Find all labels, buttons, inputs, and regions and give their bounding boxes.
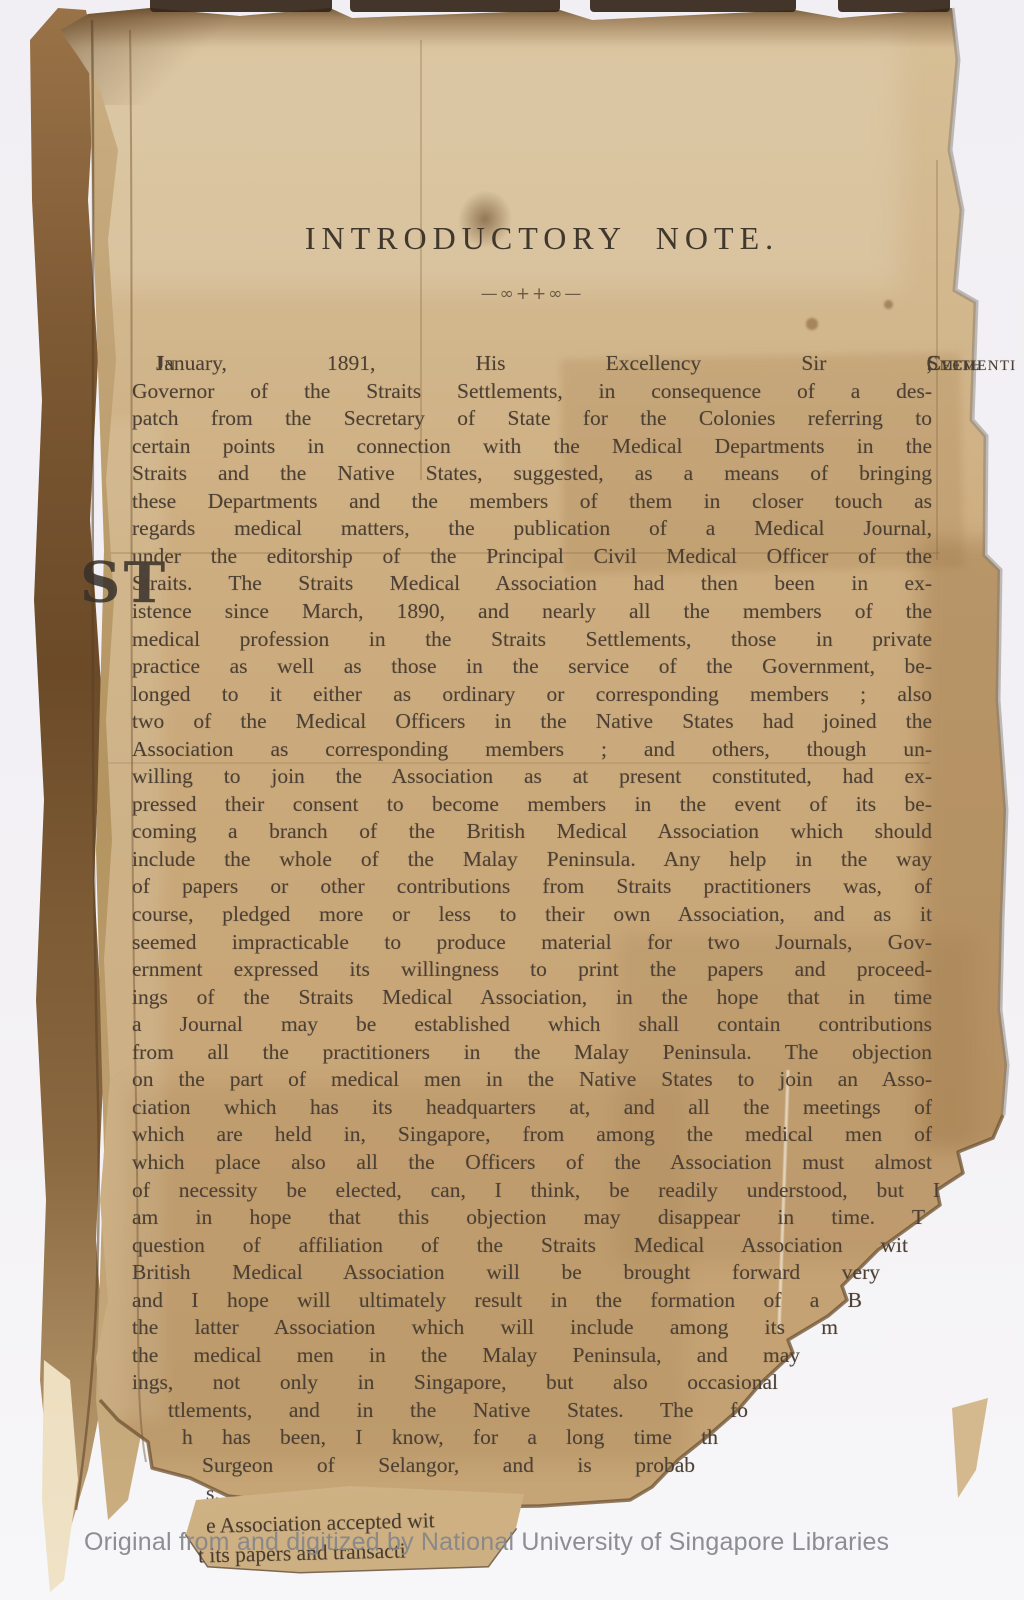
text-line-1: In January, 1891, His Excellency Sir Cec… bbox=[156, 350, 932, 376]
text-line-33: question of affiliation of the Straits M… bbox=[132, 1232, 908, 1258]
text-line-28: ciation which has its headquarters at, a… bbox=[132, 1094, 932, 1120]
body-text: In January, 1891, His Excellency Sir Cec… bbox=[0, 0, 1024, 1600]
text-line-12: practice as well as those in the service… bbox=[132, 653, 932, 679]
text-line-19: include the whole of the Malay Peninsula… bbox=[132, 846, 932, 872]
text-line-41: Surgeon of Selangor, and is probab bbox=[202, 1452, 695, 1478]
scanned-document-page: ST INTRODUCTORY NOTE. —∞++∞— In January,… bbox=[0, 0, 1024, 1600]
text-line-34: British Medical Association will be brou… bbox=[132, 1259, 880, 1285]
text-line-40: h has been, I know, for a long time th bbox=[182, 1424, 718, 1450]
text-line-24: ings of the Straits Medical Association,… bbox=[132, 984, 932, 1010]
text-line-6: these Departments and the members of the… bbox=[132, 488, 932, 514]
text-line-10: istence since March, 1890, and nearly al… bbox=[132, 598, 932, 624]
text-line-20: of papers or other contributions from St… bbox=[132, 873, 932, 899]
text-line-17: pressed their consent to become members … bbox=[132, 791, 932, 817]
text-line-35: and I hope will ultimately result in the… bbox=[132, 1287, 862, 1313]
text-line-26: from all the practitioners in the Malay … bbox=[132, 1039, 932, 1065]
library-watermark: Original from and digitized by National … bbox=[84, 1528, 944, 1557]
text-line-13: longed to it either as ordinary or corre… bbox=[132, 681, 932, 707]
text-line-32: am in hope that this objection may disap… bbox=[132, 1204, 925, 1230]
text-line-23: ernment expressed its willingness to pri… bbox=[132, 956, 932, 982]
text-line-3: patch from the Secretary of State for th… bbox=[132, 405, 932, 431]
text-line-15: Association as corresponding members ; a… bbox=[132, 736, 932, 762]
text-line-22: seemed impracticable to produce material… bbox=[132, 929, 932, 955]
text-line-29: which are held in, Singapore, from among… bbox=[132, 1121, 932, 1147]
text-line-4: certain points in connection with the Me… bbox=[132, 433, 932, 459]
text-line-16: willing to join the Association as at pr… bbox=[132, 763, 932, 789]
text-line-27: on the part of medical men in the Native… bbox=[132, 1066, 932, 1092]
text-line-25: a Journal may be established which shall… bbox=[132, 1011, 932, 1037]
text-line-36: the latter Association which will includ… bbox=[132, 1314, 838, 1340]
text-line-21: course, pledged more or less to their ow… bbox=[132, 901, 932, 927]
text-line-18: coming a branch of the British Medical A… bbox=[132, 818, 932, 844]
text-line-30: which place also all the Officers of the… bbox=[132, 1149, 932, 1175]
text-line-2: Governor of the Straits Settlements, in … bbox=[132, 378, 932, 404]
text-line-38: ings, not only in Singapore, but also oc… bbox=[132, 1369, 778, 1395]
text-line-39: ttlements, and in the Native States. The… bbox=[168, 1397, 748, 1423]
text-line-7: regards medical matters, the publication… bbox=[132, 515, 932, 541]
text-line-37: the medical men in the Malay Peninsula, … bbox=[132, 1342, 800, 1368]
text-line-8: under the editorship of the Principal Ci… bbox=[132, 543, 932, 569]
text-line-14: two of the Medical Officers in the Nativ… bbox=[132, 708, 932, 734]
text-line-11: medical profession in the Straits Settle… bbox=[132, 626, 932, 652]
text-line-31: of necessity be elected, can, I think, b… bbox=[132, 1177, 940, 1203]
text-line-5: Straits and the Native States, suggested… bbox=[132, 460, 932, 486]
text-line-9: Straits. The Straits Medical Association… bbox=[132, 570, 932, 596]
